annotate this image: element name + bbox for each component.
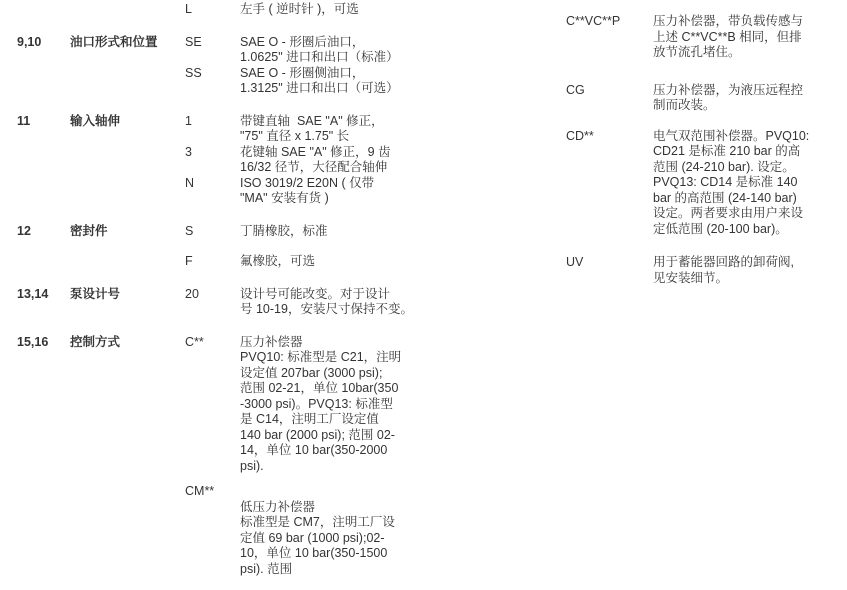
option-code: 1: [185, 114, 240, 130]
spec-group-control-type: 15,16 控制方式 C** 压力补偿器 PVQ10: 标准型是 C21，注明 …: [17, 335, 447, 578]
option-code: C**: [185, 335, 240, 351]
option-description: SAE O - 形圈侧油口， 1.3125" 进口和出口（可选）: [240, 66, 447, 97]
option-description: ISO 3019/2 E20N ( 仅带 "MA" 安装有货 ): [240, 176, 447, 207]
spec-group-port-type: 9,10 油口形式和位置 SE SAE O - 形圈后油口， 1.0625" 进…: [17, 35, 447, 97]
option-row: F 氟橡胶，可选: [185, 254, 447, 270]
option-description: 设计号可能改变。对于设计 号 10-19，安装尺寸保持不变。: [240, 287, 447, 318]
model-code-table-left: L 左手 ( 逆时针 )，可选 9,10 油口形式和位置 SE SAE O - …: [17, 2, 447, 577]
option-code: UV: [566, 255, 653, 271]
option-code: SE: [185, 35, 240, 51]
option-code: 20: [185, 287, 240, 303]
option-code: CD**: [566, 129, 653, 145]
option-row: 20 设计号可能改变。对于设计 号 10-19，安装尺寸保持不变。: [185, 287, 447, 318]
position-number: 12: [17, 224, 70, 240]
category-label: 泵设计号: [70, 287, 185, 303]
document-page: L 左手 ( 逆时针 )，可选 9,10 油口形式和位置 SE SAE O - …: [0, 0, 847, 590]
option-row: UV 用于蓄能器回路的卸荷阀, 见安装细节。: [566, 255, 844, 286]
position-number: 9,10: [17, 35, 70, 51]
option-entries: S 丁腈橡胶，标准 F 氟橡胶，可选: [185, 224, 447, 270]
spec-group-seals: 12 密封件 S 丁腈橡胶，标准 F 氟橡胶，可选: [17, 224, 447, 270]
option-entries: SE SAE O - 形圈后油口， 1.0625" 进口和出口（标准） SS S…: [185, 35, 447, 97]
option-description: 丁腈橡胶，标准: [240, 224, 447, 240]
option-description: 压力补偿器，带负载传感与 上述 C**VC**B 相同，但排 放节流孔堵住。: [653, 14, 844, 61]
model-code-table-right: C**VC**P 压力补偿器，带负载传感与 上述 C**VC**B 相同，但排 …: [566, 14, 844, 286]
position-number: 13,14: [17, 287, 70, 303]
option-description: 花键轴 SAE "A" 修正，9 齿 16/32 径节，大径配合轴伸: [240, 145, 447, 176]
option-entries: L 左手 ( 逆时针 )，可选: [185, 2, 447, 18]
option-description: 带键直轴 SAE "A" 修正， "75" 直径 x 1.75" 长: [240, 114, 447, 145]
option-description: 压力补偿器 PVQ10: 标准型是 C21，注明 设定值 207bar (300…: [240, 335, 447, 475]
option-code: 3: [185, 145, 240, 161]
spec-group-design-number: 13,14 泵设计号 20 设计号可能改变。对于设计 号 10-19，安装尺寸保…: [17, 287, 447, 318]
option-description: 左手 ( 逆时针 )，可选: [240, 2, 447, 18]
option-code: S: [185, 224, 240, 240]
option-code: L: [185, 2, 240, 18]
option-description: 电气双范围补偿器。PVQ10: CD21 是标准 210 bar 的高 范围 (…: [653, 129, 844, 238]
option-description: 压力补偿器，为液压远程控 制而改装。: [653, 83, 844, 114]
option-row: CG 压力补偿器，为液压远程控 制而改装。: [566, 83, 844, 114]
option-row: 3 花键轴 SAE "A" 修正，9 齿 16/32 径节，大径配合轴伸: [185, 145, 447, 176]
position-number: 11: [17, 114, 70, 130]
option-code: F: [185, 254, 240, 270]
option-entries: 20 设计号可能改变。对于设计 号 10-19，安装尺寸保持不变。: [185, 287, 447, 318]
option-code: C**VC**P: [566, 14, 653, 30]
option-description: 用于蓄能器回路的卸荷阀, 见安装细节。: [653, 255, 844, 286]
option-row: CM** 低压力补偿器 标准型是 CM7，注明工厂设 定值 69 bar (10…: [185, 484, 447, 577]
category-label: 油口形式和位置: [70, 35, 185, 51]
category-label: 控制方式: [70, 335, 185, 351]
option-row: S 丁腈橡胶，标准: [185, 224, 447, 240]
option-row: SS SAE O - 形圈侧油口， 1.3125" 进口和出口（可选）: [185, 66, 447, 97]
option-row: N ISO 3019/2 E20N ( 仅带 "MA" 安装有货 ): [185, 176, 447, 207]
option-description: SAE O - 形圈后油口， 1.0625" 进口和出口（标准）: [240, 35, 447, 66]
option-code: CM**: [185, 484, 240, 500]
category-label: 密封件: [70, 224, 185, 240]
option-row: CD** 电气双范围补偿器。PVQ10: CD21 是标准 210 bar 的高…: [566, 129, 844, 238]
option-row: 1 带键直轴 SAE "A" 修正， "75" 直径 x 1.75" 长: [185, 114, 447, 145]
option-description: 氟橡胶，可选: [240, 254, 447, 270]
option-row: SE SAE O - 形圈后油口， 1.0625" 进口和出口（标准）: [185, 35, 447, 66]
position-number: 15,16: [17, 335, 70, 351]
option-entries: C** 压力补偿器 PVQ10: 标准型是 C21，注明 设定值 207bar …: [185, 335, 447, 578]
option-code: SS: [185, 66, 240, 82]
option-row: C** 压力补偿器 PVQ10: 标准型是 C21，注明 设定值 207bar …: [185, 335, 447, 475]
option-code: N: [185, 176, 240, 192]
category-label: 输入轴伸: [70, 114, 185, 130]
spec-group-input-shaft: 11 输入轴伸 1 带键直轴 SAE "A" 修正， "75" 直径 x 1.7…: [17, 114, 447, 207]
option-code: CG: [566, 83, 653, 99]
option-description: 低压力补偿器 标准型是 CM7，注明工厂设 定值 69 bar (1000 ps…: [240, 484, 447, 577]
option-entries: 1 带键直轴 SAE "A" 修正， "75" 直径 x 1.75" 长 3 花…: [185, 114, 447, 207]
option-row: C**VC**P 压力补偿器，带负载传感与 上述 C**VC**B 相同，但排 …: [566, 14, 844, 61]
option-row: L 左手 ( 逆时针 )，可选: [185, 2, 447, 18]
spec-group-shaft-rotation: L 左手 ( 逆时针 )，可选: [17, 2, 447, 18]
